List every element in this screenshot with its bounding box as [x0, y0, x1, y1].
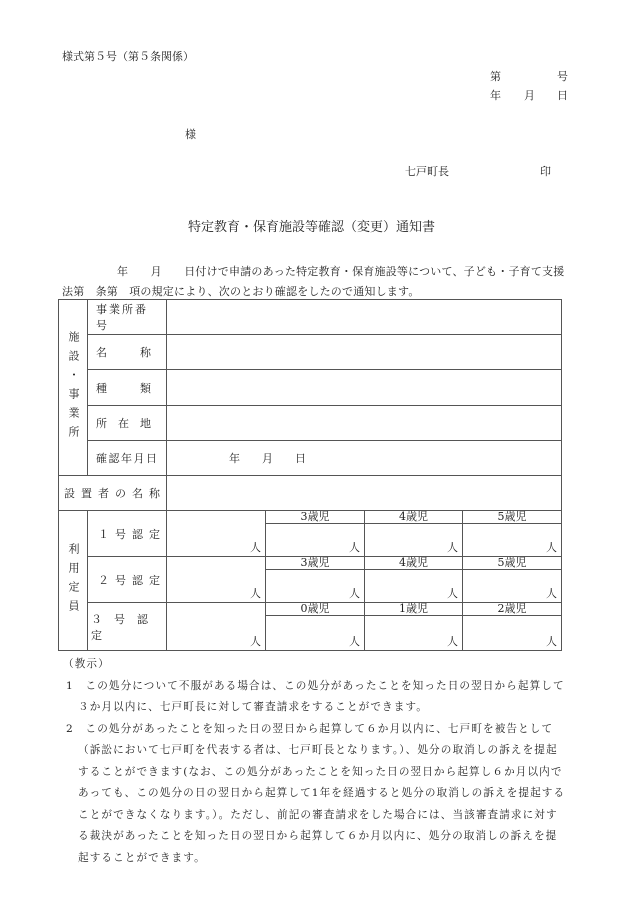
facility-address-field[interactable]	[167, 406, 562, 441]
age-header: 5歳児	[463, 511, 562, 524]
capacity-age-field[interactable]: 人	[365, 524, 463, 557]
facility-label: 種 類	[88, 370, 167, 406]
facility-type-field[interactable]	[167, 370, 562, 406]
facility-name-field[interactable]	[167, 335, 562, 370]
certification-label: ３号認定	[88, 603, 167, 651]
confirmation-table: 施設・事業所 事業所番号 名 称 種 類 所 在 地 確認年月日 年 月 日 設…	[58, 299, 562, 651]
date-year: 年	[490, 87, 501, 103]
date-day: 日	[557, 87, 568, 103]
instructions-section: （教示） 1 この処分について不服がある場合は、この処分があったことを知った日の…	[66, 654, 566, 869]
form-number: 様式第５号（第５条関係）	[62, 48, 194, 64]
capacity-total-field[interactable]: 人	[167, 603, 266, 651]
capacity-age-field[interactable]: 人	[463, 570, 562, 603]
doc-number-prefix: 第	[490, 68, 501, 84]
capacity-total-field[interactable]: 人	[167, 511, 266, 557]
age-header: 3歳児	[266, 511, 365, 524]
founder-name-field[interactable]	[167, 476, 562, 511]
instruction-item: 1 この処分について不服がある場合は、この処分があったことを知った日の翌日から起…	[66, 676, 566, 719]
seal-mark: 印	[540, 163, 551, 179]
age-header: 4歳児	[365, 557, 463, 570]
date-month: 月	[524, 87, 535, 103]
document-title: 特定教育・保育施設等確認（変更）通知書	[188, 216, 435, 235]
facility-label: 確認年月日	[88, 441, 167, 476]
certification-label: １号認定	[88, 511, 167, 557]
capacity-age-field[interactable]: 人	[266, 524, 365, 557]
capacity-age-field[interactable]: 人	[365, 616, 463, 651]
issuer-name: 七戸町長	[405, 163, 449, 179]
capacity-total-field[interactable]: 人	[167, 557, 266, 603]
facility-label: 所 在 地	[88, 406, 167, 441]
facility-label: 事業所番号	[88, 300, 167, 335]
body-line-2: 法第 条第 項の規定により、次のとおり確認をしたので通知します。	[62, 283, 420, 299]
capacity-age-field[interactable]: 人	[463, 524, 562, 557]
certification-label: ２号認定	[88, 557, 167, 603]
capacity-group-label: 利用定員	[59, 511, 88, 651]
addressee-suffix: 様	[185, 126, 196, 142]
facility-group-label: 施設・事業所	[59, 300, 88, 476]
capacity-age-field[interactable]: 人	[266, 616, 365, 651]
capacity-age-field[interactable]: 人	[463, 616, 562, 651]
age-header: 5歳児	[463, 557, 562, 570]
founder-label: 設置者の名称	[59, 476, 167, 511]
body-line-1: 年 月 日付けで申請のあった特定教育・保育施設等について、子ども・子育て支援	[117, 263, 564, 279]
age-header: 2歳児	[463, 603, 562, 616]
doc-number-suffix: 号	[557, 68, 568, 84]
instruction-item: 2 この処分があったことを知った日の翌日から起算して６か月以内に、七戸町を被告と…	[66, 719, 566, 870]
age-header: 4歳児	[365, 511, 463, 524]
facility-label: 名 称	[88, 335, 167, 370]
age-header: 0歳児	[266, 603, 365, 616]
instructions-heading: （教示）	[63, 654, 566, 676]
confirmation-date-field[interactable]: 年 月 日	[167, 441, 562, 476]
capacity-age-field[interactable]: 人	[365, 570, 463, 603]
capacity-age-field[interactable]: 人	[266, 570, 365, 603]
age-header: 1歳児	[365, 603, 463, 616]
office-number-field[interactable]	[167, 300, 562, 335]
age-header: 3歳児	[266, 557, 365, 570]
